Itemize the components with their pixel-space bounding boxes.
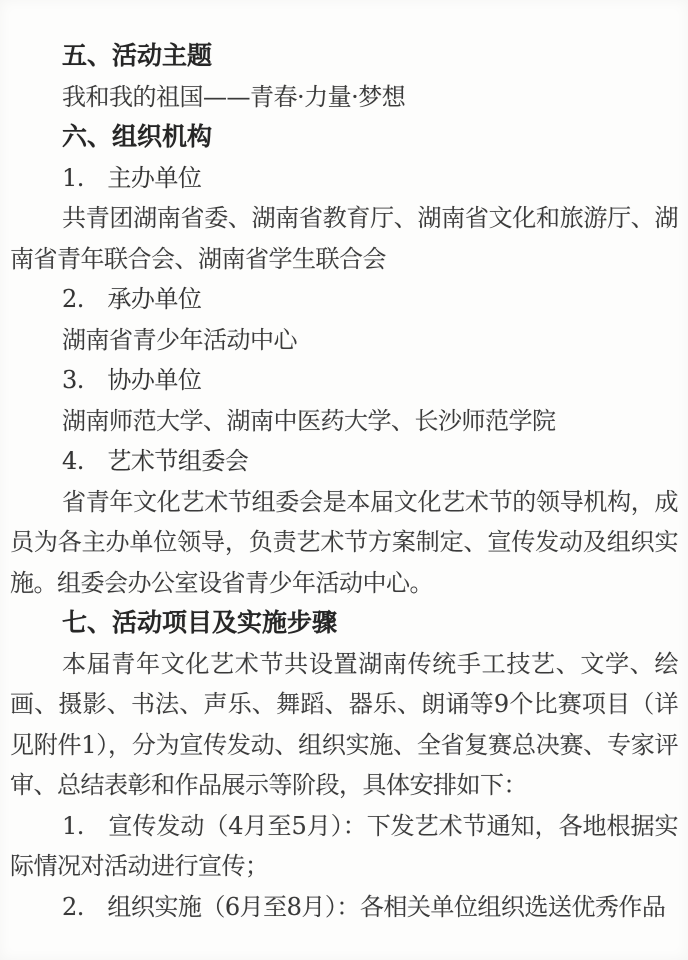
body-paragraph-organizer-unit-list: 湖南省青少年活动中心: [10, 320, 678, 361]
section-heading-activity-theme: 五、活动主题: [10, 36, 678, 77]
body-paragraph-projects-overview: 本届青年文化艺术节共设置湖南传统手工技艺、文学、绘画、摄影、书法、声乐、舞蹈、器…: [10, 644, 678, 806]
body-paragraph-phase-1-publicity: 1. 宣传发动（4月至5月）：下发艺术节通知，各地根据实际情况对活动进行宣传；: [10, 806, 678, 887]
sub-heading-coorganizer-unit: 3. 协办单位: [10, 360, 678, 401]
section-heading-projects-steps: 七、活动项目及实施步骤: [10, 603, 678, 644]
body-paragraph-host-unit-list: 共青团湖南省委、湖南省教育厅、湖南省文化和旅游厅、湖南省青年联合会、湖南省学生联…: [10, 198, 678, 279]
body-paragraph-theme-slogan: 我和我的祖国——青春·力量·梦想: [10, 77, 678, 118]
body-paragraph-phase-2-implement: 2. 组织实施（6月至8月）：各相关单位组织选送优秀作品: [10, 887, 678, 928]
document-page: 五、活动主题 我和我的祖国——青春·力量·梦想 六、组织机构 1. 主办单位 共…: [0, 0, 688, 960]
body-paragraph-coorganizer-list: 湖南师范大学、湖南中医药大学、长沙师范学院: [10, 401, 678, 442]
sub-heading-festival-committee: 4. 艺术节组委会: [10, 441, 678, 482]
sub-heading-host-unit: 1. 主办单位: [10, 158, 678, 199]
sub-heading-organizer-unit: 2. 承办单位: [10, 279, 678, 320]
section-heading-organization: 六、组织机构: [10, 117, 678, 158]
body-paragraph-committee-desc: 省青年文化艺术节组委会是本届文化艺术节的领导机构，成员为各主办单位领导，负责艺术…: [10, 482, 678, 604]
